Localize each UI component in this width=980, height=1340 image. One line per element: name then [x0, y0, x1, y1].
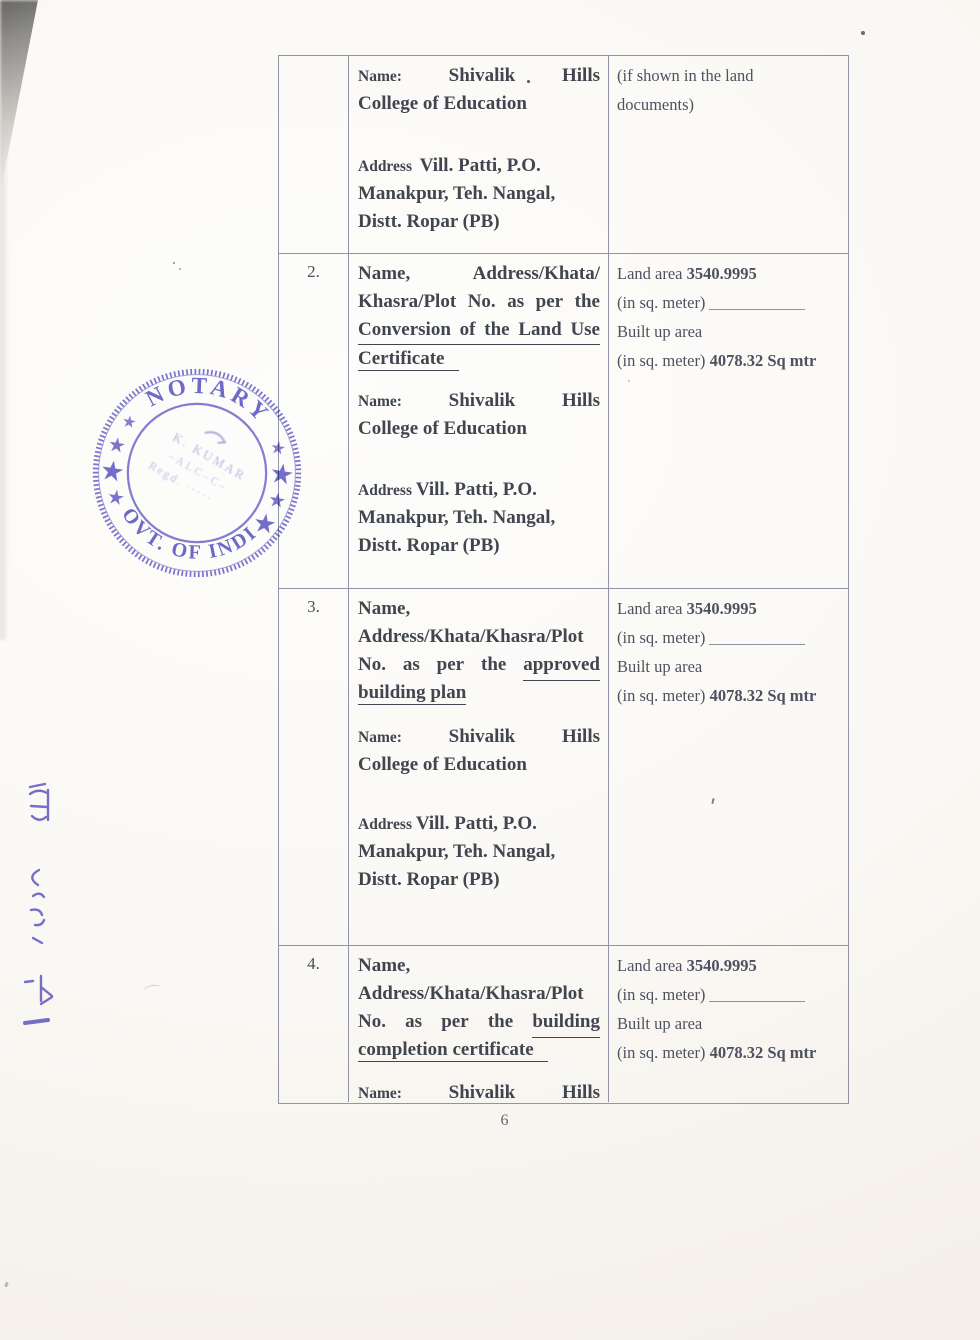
text-line: building plan — [358, 679, 600, 707]
text-segment: Manakpur, Teh. Nangal, — [358, 841, 555, 862]
text-line: ConversionoftheLandUse — [358, 316, 600, 345]
text-segment: Certificate — [358, 348, 459, 371]
text-segment: Hills — [562, 723, 600, 751]
text-line: (in sq. meter) 4078.32 Sq mtr — [617, 1038, 839, 1067]
table-row: 2.Name,Address/Khata/Khasra/PlotNo.asper… — [279, 254, 848, 589]
serial-number-cell — [279, 56, 349, 253]
text-segment: Name: — [358, 388, 402, 416]
text-segment: Name: — [358, 63, 402, 91]
text-segment: College of Education — [358, 93, 527, 114]
text-segment: the — [481, 651, 506, 679]
text-line: Name:ShivalikHills — [358, 62, 600, 90]
text-segment: Name, — [358, 260, 410, 288]
scan-edge-strip — [0, 120, 9, 640]
text-segment: (in sq. meter) — [617, 351, 710, 370]
text-line: Built up area — [617, 652, 839, 681]
text-line: (in sq. meter) 4078.32 Sq mtr — [617, 681, 839, 710]
text-segment: 3540.9995 — [687, 599, 757, 618]
text-segment: Shivalik — [449, 1079, 516, 1107]
blank-space — [358, 373, 600, 387]
scanned-affidavit-page: { "document": { "page_number": "6", "des… — [0, 0, 980, 1340]
text-line: Built up area — [617, 317, 839, 346]
text-segment: Name: — [358, 724, 402, 752]
text-segment: (if shown in the land — [617, 66, 754, 85]
particulars-cell: Name,Address/Khata/Khasra/PlotNo.asperth… — [349, 589, 609, 945]
text-line: Distt. Ropar (PB) — [358, 532, 600, 560]
text-line: No.aspertheapproved — [358, 651, 600, 679]
text-segment: Built up area — [617, 657, 702, 676]
text-segment: Address/Khata/ — [473, 260, 600, 288]
text-segment: completion certificate — [358, 1039, 548, 1062]
particulars-cell: Name,Address/Khata/Khasra/PlotNo.asperth… — [349, 946, 609, 1102]
text-segment: (in sq. meter) — [617, 985, 705, 1004]
text-line: Land area 3540.9995 — [617, 594, 839, 623]
text-segment: (in sq. meter) — [617, 686, 710, 705]
text-segment: Name, — [358, 598, 410, 619]
text-line: Address/Khata/Khasra/Plot — [358, 623, 600, 651]
text-segment: College of Education — [358, 754, 527, 775]
text-line: (in sq. meter) — [617, 288, 839, 317]
land-area-cell: Land area 3540.9995(in sq. meter)Built u… — [609, 946, 848, 1102]
text-segment: Manakpur, Teh. Nangal, — [358, 183, 555, 204]
blank-fill-line — [709, 297, 805, 310]
text-segment: (in sq. meter) — [617, 628, 705, 647]
text-line: Land area 3540.9995 — [617, 259, 839, 288]
text-line: (in sq. meter) 4078.32 Sq mtr — [617, 346, 839, 375]
text-line: Manakpur, Teh. Nangal, — [358, 838, 600, 866]
text-segment: the — [575, 288, 600, 316]
scan-speck — [861, 31, 865, 35]
table-row: Name:ShivalikHillsCollege of EducationAd… — [279, 56, 848, 254]
text-segment: Use — [570, 316, 600, 344]
land-area-cell: (if shown in the landdocuments) — [609, 56, 848, 253]
scan-speck — [628, 380, 630, 382]
text-segment: Shivalik — [449, 62, 516, 90]
text-segment: of — [460, 316, 476, 344]
text-segment: 4078.32 Sq mtr — [710, 686, 817, 705]
text-line: Name, — [358, 595, 600, 623]
text-segment: Built up area — [617, 1014, 702, 1033]
text-segment: per — [536, 288, 563, 316]
text-segment: No. — [468, 288, 496, 316]
text-segment: Hills — [562, 1079, 600, 1107]
text-line: Built up area — [617, 1009, 839, 1038]
serial-number-cell: 4. — [279, 946, 349, 1102]
text-segment: Shivalik — [449, 723, 516, 751]
text-line: Address Vill. Patti, P.O. — [358, 810, 600, 838]
text-segment: Land area — [617, 264, 687, 283]
text-line: Land area 3540.9995 — [617, 951, 839, 980]
text-line: Name,Address/Khata/ — [358, 260, 600, 288]
text-line: Address Vill. Patti, P.O. — [358, 152, 600, 180]
text-line: documents) — [617, 90, 839, 119]
text-segment: the — [488, 1008, 513, 1036]
text-segment: 4078.32 Sq mtr — [710, 351, 817, 370]
particulars-cell: Name:ShivalikHillsCollege of EducationAd… — [349, 56, 609, 253]
text-line: Address/Khata/Khasra/Plot — [358, 980, 600, 1008]
text-segment: 3540.9995 — [687, 264, 757, 283]
pencil-scribble — [143, 984, 161, 995]
stamp-center-illegible-text: K. KUMAR –ALC–C– Regd. ····· — [146, 412, 257, 515]
scan-speck — [179, 268, 181, 270]
text-segment: Manakpur, Teh. Nangal, — [358, 507, 555, 528]
text-segment: (in sq. meter) — [617, 1043, 710, 1062]
text-line: Khasra/PlotNo.asperthe — [358, 288, 600, 316]
blank-space — [358, 707, 600, 723]
text-segment: Khasra/Plot — [358, 288, 456, 316]
text-segment: Hills — [562, 62, 600, 90]
land-area-cell: Land area 3540.9995(in sq. meter)Built u… — [609, 254, 848, 588]
text-segment: Vill. Patti, P.O. — [416, 813, 537, 834]
land-area-cell: Land area 3540.9995(in sq. meter)Built u… — [609, 589, 848, 945]
text-segment: College of Education — [358, 418, 527, 439]
text-line: Address Vill. Patti, P.O. — [358, 476, 600, 504]
text-segment: Land — [518, 316, 561, 344]
text-segment: approved — [523, 651, 600, 681]
text-segment: per — [441, 1008, 468, 1036]
serial-number-cell: 3. — [279, 589, 349, 945]
text-line: Manakpur, Teh. Nangal, — [358, 180, 600, 208]
particulars-cell: Name,Address/Khata/Khasra/PlotNo.asperth… — [349, 254, 609, 588]
text-segment: No. — [358, 651, 386, 679]
text-segment: building plan — [358, 682, 466, 705]
text-segment: Name: — [358, 1080, 402, 1108]
text-segment: Land area — [617, 956, 687, 975]
blank-space — [358, 118, 600, 152]
scan-speck — [4, 1282, 9, 1288]
scan-speck — [173, 262, 175, 264]
text-segment: as — [507, 288, 524, 316]
text-line: Name:ShivalikHills — [358, 1079, 600, 1107]
page-number: 6 — [460, 1112, 550, 1130]
text-segment: as — [405, 1008, 422, 1036]
text-line: Distt. Ropar (PB) — [358, 866, 600, 894]
text-segment: Distt. Ropar (PB) — [358, 535, 500, 556]
text-segment: Name, — [358, 955, 410, 976]
text-segment: Distt. Ropar (PB) — [358, 869, 500, 890]
blank-fill-line — [709, 632, 805, 645]
text-segment: Address/Khata/Khasra/Plot — [358, 983, 584, 1004]
text-segment: Address — [358, 158, 420, 175]
notary-stamp: NOTARY GOVT. OF INDIA K. KUMAR –ALC–C– R… — [86, 362, 308, 584]
text-segment: Built up area — [617, 322, 702, 341]
text-line: College of Education — [358, 751, 600, 779]
text-segment: as — [403, 651, 420, 679]
table-row: 3.Name,Address/Khata/Khasra/PlotNo.asper… — [279, 589, 848, 946]
text-segment: Land area — [617, 599, 687, 618]
text-line: Name:ShivalikHills — [358, 723, 600, 751]
text-line: Distt. Ropar (PB) — [358, 208, 600, 236]
text-segment: documents) — [617, 95, 694, 114]
text-segment: building — [532, 1008, 600, 1038]
text-segment: Vill. Patti, P.O. — [416, 479, 537, 500]
text-segment: Hills — [562, 387, 600, 415]
text-segment: 3540.9995 — [687, 956, 757, 975]
text-segment: per — [437, 651, 464, 679]
text-line: (in sq. meter) — [617, 623, 839, 652]
blank-space — [358, 1064, 600, 1079]
text-segment: Conversion — [358, 316, 451, 344]
text-line: Certificate — [358, 345, 600, 373]
text-segment: Distt. Ropar (PB) — [358, 211, 500, 232]
text-line: Name, — [358, 952, 600, 980]
margin-handwriting — [12, 780, 62, 1030]
text-line: (if shown in the land — [617, 61, 839, 90]
blank-fill-line — [709, 989, 805, 1002]
text-segment: No. — [358, 1008, 386, 1036]
table-row: 4.Name,Address/Khata/Khasra/PlotNo.asper… — [279, 946, 848, 1102]
text-line: Manakpur, Teh. Nangal, — [358, 504, 600, 532]
blank-space — [358, 779, 600, 810]
text-segment: Vill. Patti, P.O. — [420, 155, 541, 176]
text-segment: (in sq. meter) — [617, 293, 705, 312]
text-segment: 4078.32 Sq mtr — [710, 1043, 817, 1062]
text-segment: Address/Khata/Khasra/Plot — [358, 626, 584, 647]
affidavit-table: Name:ShivalikHillsCollege of EducationAd… — [278, 55, 849, 1104]
text-segment: Shivalik — [449, 387, 516, 415]
scan-speck — [527, 80, 530, 83]
text-line: Name:ShivalikHills — [358, 387, 600, 415]
text-segment: Address — [358, 816, 416, 833]
blank-space — [358, 443, 600, 476]
text-segment: Address — [358, 482, 416, 499]
text-line: completion certificate — [358, 1036, 600, 1064]
text-line: (in sq. meter) — [617, 980, 839, 1009]
text-line: College of Education — [358, 90, 600, 118]
text-segment: the — [484, 316, 509, 344]
text-line: College of Education — [358, 415, 600, 443]
text-line: No.asperthebuilding — [358, 1008, 600, 1036]
